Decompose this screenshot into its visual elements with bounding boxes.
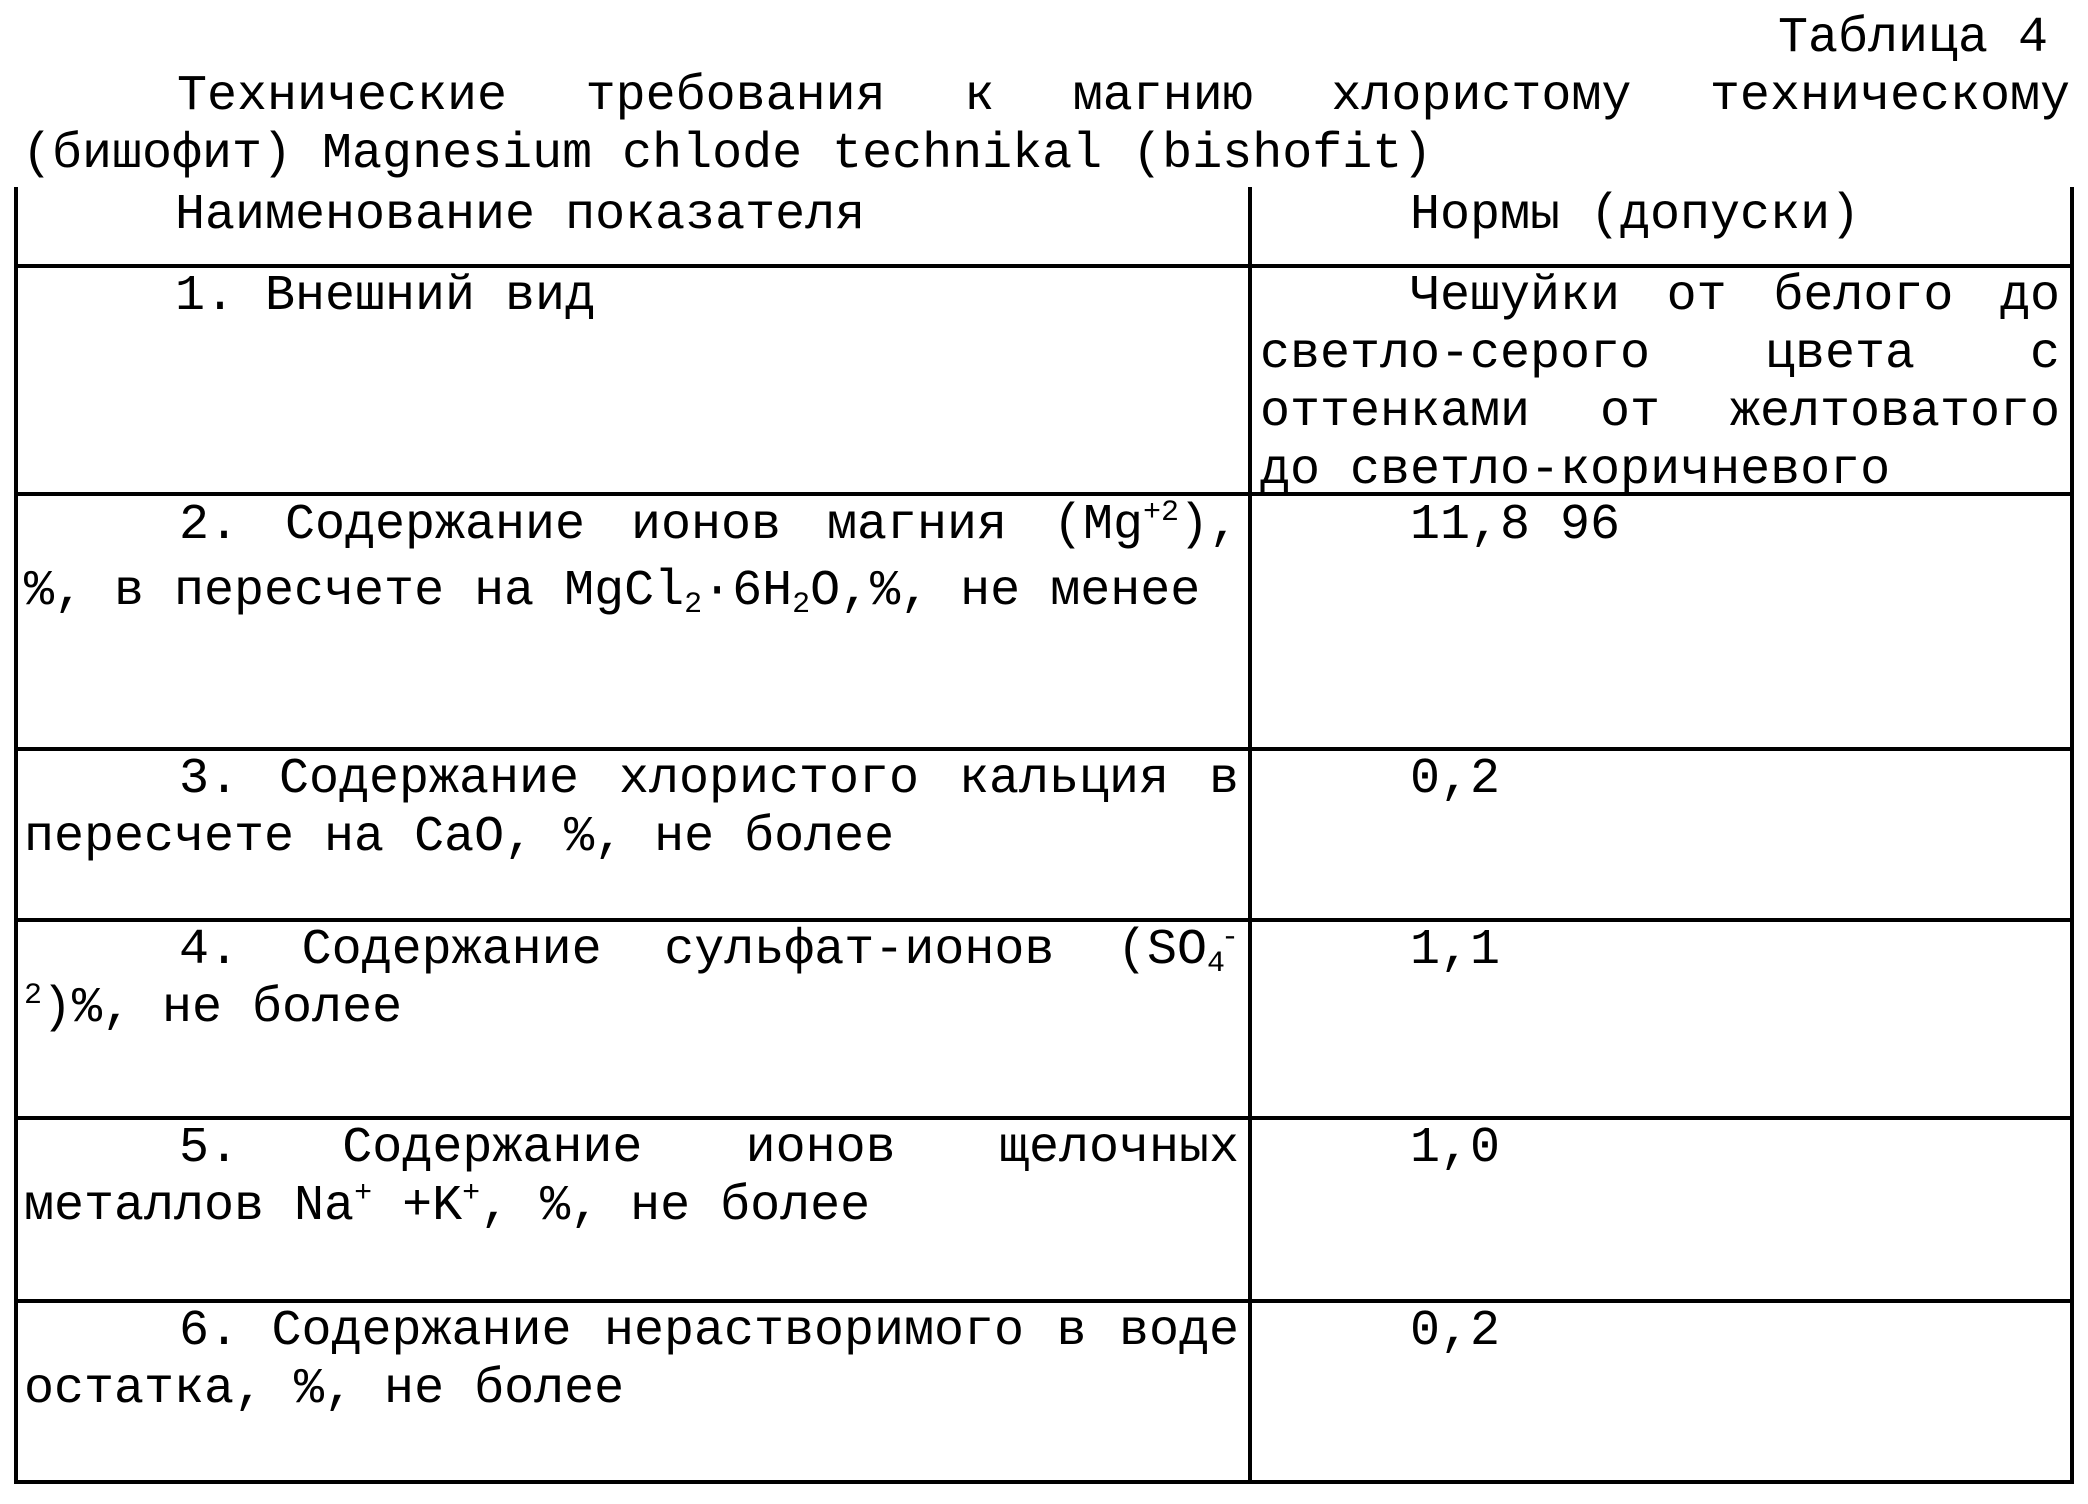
row-1-norm: Чешуйки от белого до светло-серого цвета…	[1260, 268, 2060, 500]
table-column-divider	[1248, 187, 1252, 1484]
row-1-norm-line-3: оттенками от желтоватого	[1260, 384, 2060, 442]
row-5-indicator: 5. Содержание ионов щелочных металлов Na…	[24, 1120, 1239, 1236]
row-1-norm-line-4: до светло-коричневого	[1260, 442, 2060, 500]
row-5-indicator-line-2: металлов Na+ +K+, %, не более	[24, 1178, 1239, 1236]
row-6-indicator-line-1: 6. Содержание нерастворимого в воде	[24, 1303, 1239, 1361]
row-3-indicator-line-1: 3. Содержание хлористого кальция в	[24, 751, 1239, 809]
row-4-indicator-line-2: 2)%, не более	[24, 980, 1239, 1038]
row-5-indicator-line-1: 5. Содержание ионов щелочных	[24, 1120, 1239, 1178]
row-3-norm: 0,2	[1410, 751, 1500, 809]
row-1-norm-line-1: Чешуйки от белого до	[1260, 268, 2060, 326]
title-line-1: Технические требования к магнию хлористо…	[22, 68, 2070, 126]
row-3-indicator-line-2: пересчете на CaO, %, не более	[24, 809, 1239, 867]
row-2-indicator-line-1: 2. Содержание ионов магния (Mg+2),	[24, 497, 1239, 555]
row-2-norm: 11,8 96	[1410, 497, 1620, 555]
header-indicator: Наименование показателя	[175, 187, 865, 245]
table-caption: Таблица 4	[1778, 10, 2048, 68]
table-bottom-border	[14, 1480, 2074, 1484]
header-norms: Нормы (допуски)	[1410, 187, 1860, 245]
table-right-border	[2070, 187, 2074, 1484]
row-2-indicator: 2. Содержание ионов магния (Mg+2), %, в …	[24, 497, 1239, 621]
row-2-indicator-line-2: %, в пересчете на MgCl2·6H2O,%, не менее	[24, 563, 1239, 621]
row-1-indicator: 1. Внешний вид	[175, 268, 595, 326]
row-3-indicator: 3. Содержание хлористого кальция в перес…	[24, 751, 1239, 867]
row-4-norm: 1,1	[1410, 922, 1500, 980]
row-4-indicator: 4. Содержание сульфат-ионов (SO4- 2)%, н…	[24, 922, 1239, 1038]
table-left-border	[14, 187, 18, 1484]
row-6-indicator-line-2: остатка, %, не более	[24, 1361, 1239, 1419]
row-1-norm-line-2: светло-серого цвета с	[1260, 326, 2060, 384]
row-6-indicator: 6. Содержание нерастворимого в воде оста…	[24, 1303, 1239, 1419]
row-5-norm: 1,0	[1410, 1120, 1500, 1178]
title-line-2: (бишофит) Magnesium chlode technikal (bi…	[22, 126, 2070, 184]
row-4-indicator-line-1: 4. Содержание сульфат-ионов (SO4-	[24, 922, 1239, 980]
row-6-norm: 0,2	[1410, 1303, 1500, 1361]
table-title: Технические требования к магнию хлористо…	[22, 68, 2070, 184]
